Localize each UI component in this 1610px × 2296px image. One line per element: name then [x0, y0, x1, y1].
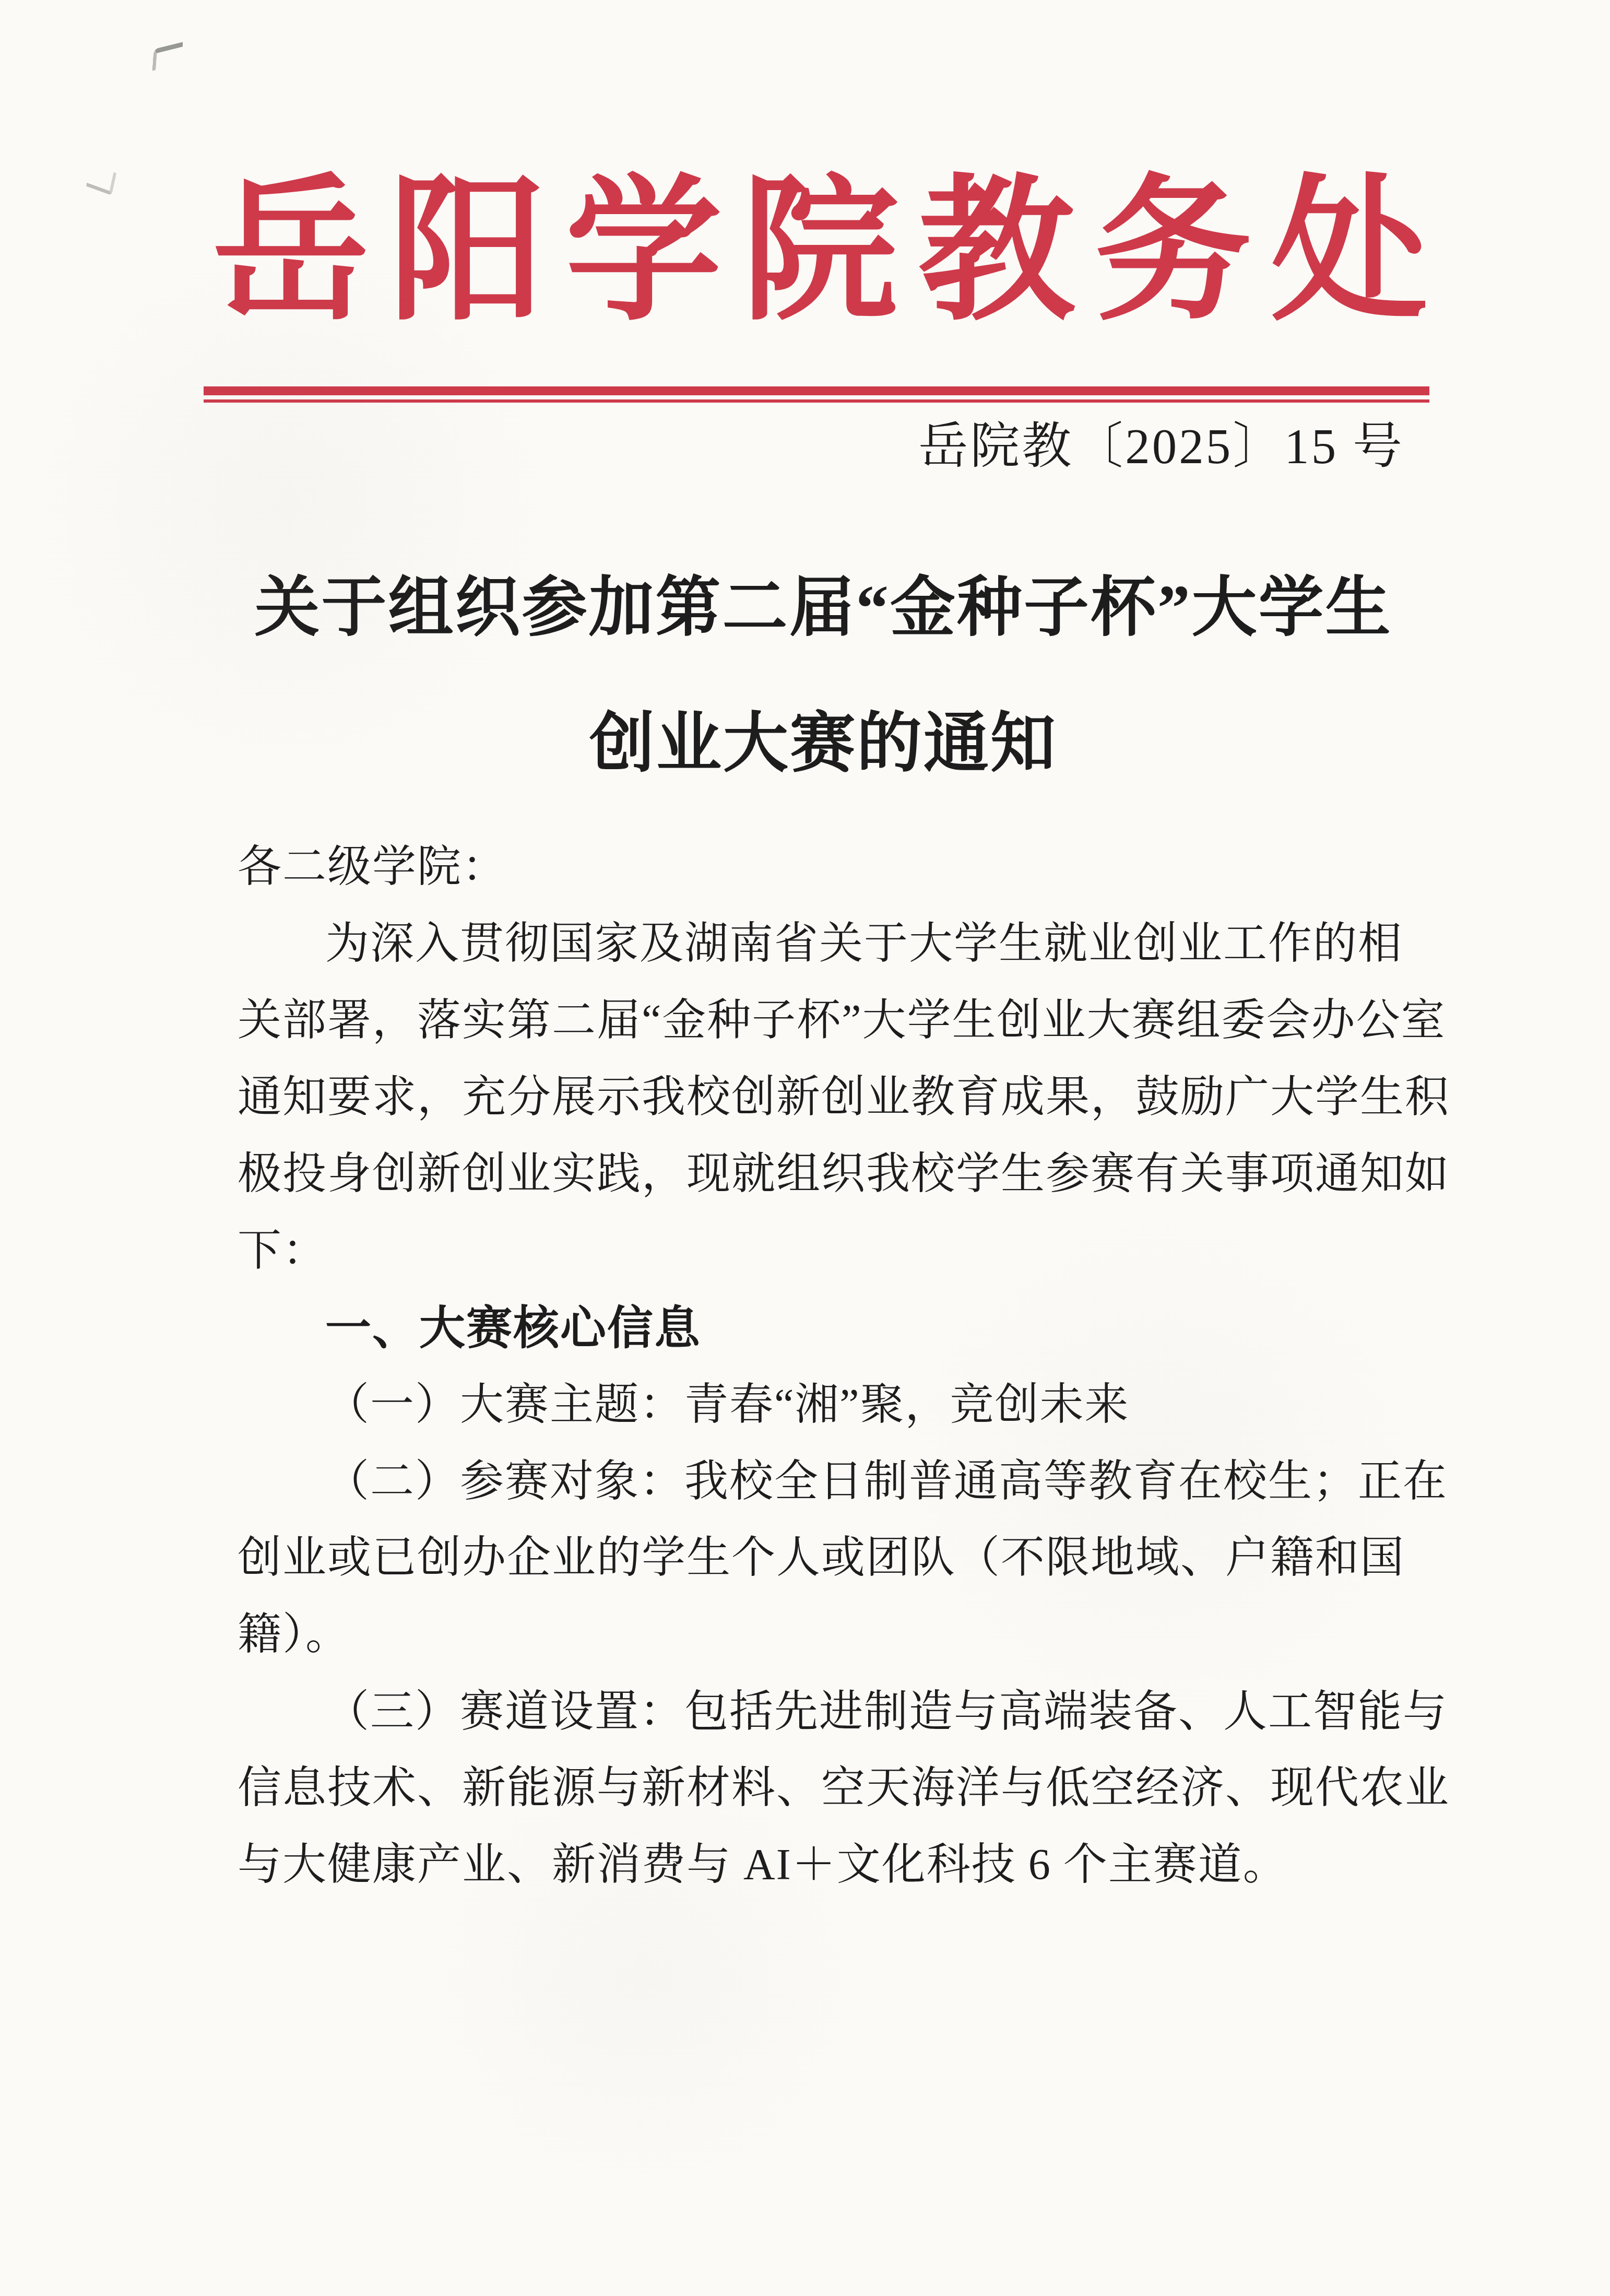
department-header-title: 岳阳学院教务处	[205, 166, 1455, 338]
document-title-line2: 创业大赛的通知	[218, 709, 1429, 780]
scan-artifact	[86, 164, 116, 196]
body-line: 下：	[238, 1212, 1412, 1289]
body-line: 关部署，落实第二届“金种子杯”大学生创业大赛组委会办公室	[238, 982, 1412, 1059]
scan-artifact	[152, 42, 183, 71]
document-title-line1: 关于组织参加第二届“金种子杯”大学生	[218, 573, 1429, 644]
body-line-text: 信息技术、新能源与新材料、空天海洋与低空经济、现代农业	[238, 1764, 1450, 1812]
body-line-text: 一、大赛核心信息	[325, 1302, 701, 1353]
body-line: 信息技术、新能源与新材料、空天海洋与低空经济、现代农业	[238, 1750, 1412, 1827]
body-line-text: 关部署，落实第二届“金种子杯”大学生创业大赛组委会办公室	[238, 996, 1446, 1045]
body-line: 通知要求，充分展示我校创新创业教育成果，鼓励广大学生积	[238, 1059, 1412, 1136]
red-rule-thick	[204, 386, 1429, 395]
body-line-text: 各二级学院：	[238, 843, 507, 891]
body-line-text: 我校全日制普通高等教育在校生；正在	[684, 1457, 1448, 1506]
document-body: 各二级学院： 为深入贯彻国家及湖南省关于大学生就业创业工作的相 关部署，落实第二…	[238, 829, 1412, 1903]
item-label: （三）赛道设置：	[325, 1686, 684, 1737]
item-label: （一）大赛主题：	[325, 1379, 684, 1430]
body-line-salutation: 各二级学院：	[238, 829, 1412, 905]
body-line: 创业或已创办企业的学生个人或团队（不限地域、户籍和国	[238, 1520, 1412, 1596]
body-line: 籍）。	[238, 1596, 1412, 1673]
body-line-item-participants: （二）参赛对象：我校全日制普通高等教育在校生；正在	[238, 1443, 1412, 1520]
red-rule-thin	[204, 399, 1429, 403]
document-number: 岳院教〔2025〕15 号	[204, 418, 1404, 475]
body-line-item-tracks: （三）赛道设置：包括先进制造与高端装备、人工智能与	[238, 1673, 1412, 1750]
body-line-text: 与大健康产业、新消费与 AI＋文化科技 6 个主赛道。	[238, 1841, 1288, 1889]
body-line: 极投身创新创业实践，现就组织我校学生参赛有关事项通知如	[238, 1136, 1412, 1212]
scanned-document-page: 岳阳学院教务处 岳院教〔2025〕15 号 关于组织参加第二届“金种子杯”大学生…	[0, 0, 1610, 2296]
body-line-text: 籍）。	[238, 1610, 350, 1659]
body-line-item-theme: （一）大赛主题：青春“湘”聚，竞创未来	[238, 1366, 1412, 1443]
body-line-text: 下：	[238, 1227, 327, 1275]
body-line: 与大健康产业、新消费与 AI＋文化科技 6 个主赛道。	[238, 1827, 1412, 1903]
body-line-text: 青春“湘”聚，竞创未来	[684, 1381, 1130, 1429]
body-line: 为深入贯彻国家及湖南省关于大学生就业创业工作的相	[238, 905, 1412, 982]
body-line-text: 包括先进制造与高端装备、人工智能与	[684, 1688, 1448, 1736]
body-line-text: 通知要求，充分展示我校创新创业教育成果，鼓励广大学生积	[238, 1073, 1450, 1122]
body-line-text: 为深入贯彻国家及湖南省关于大学生就业创业工作的相	[325, 920, 1403, 968]
item-label: （二）参赛对象：	[325, 1455, 684, 1506]
body-line-text: 极投身创新创业实践，现就组织我校学生参赛有关事项通知如	[238, 1150, 1450, 1198]
section-heading-core-info: 一、大赛核心信息	[238, 1289, 1412, 1366]
body-line-text: 创业或已创办企业的学生个人或团队（不限地域、户籍和国	[238, 1534, 1405, 1582]
